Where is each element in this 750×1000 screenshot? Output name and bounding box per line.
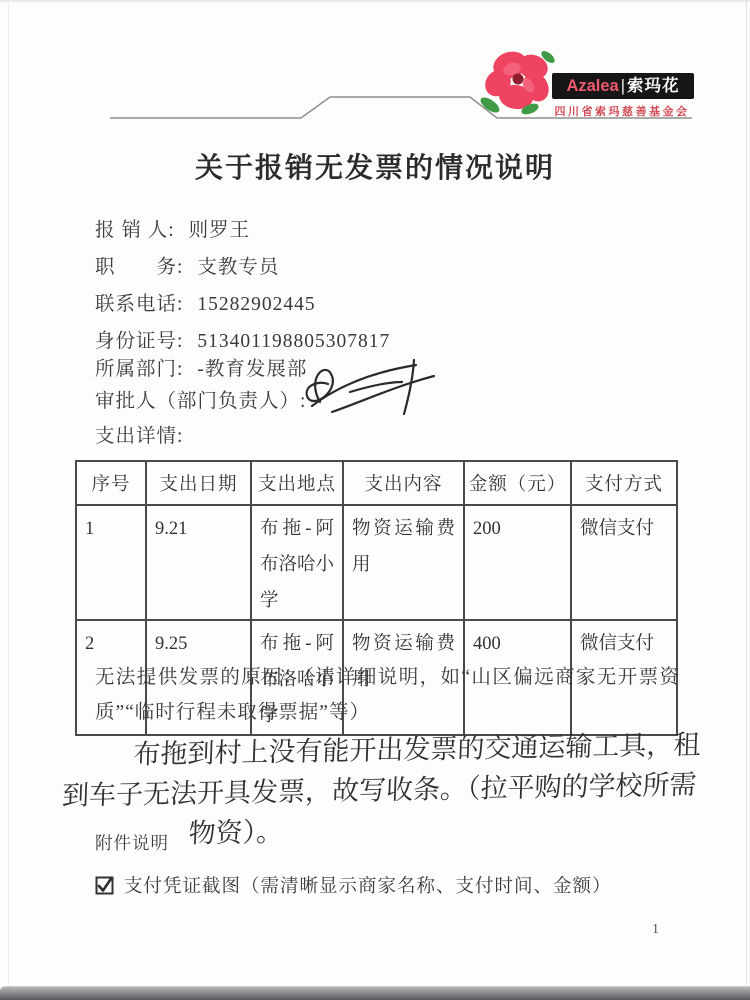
field-position: 职 务:支教专员 [95,251,279,279]
logo-badge: Azalea|索玛花 [552,73,694,99]
azalea-flower-icon [470,45,570,123]
attachment-item-label: 支付凭证截图（需清晰显示商家名称、支付时间、金额） [124,872,612,898]
table-cell: 1 [76,505,146,620]
scan-bottom-edge [0,986,750,1000]
foundation-logo: Azalea|索玛花 四川省索玛慈善基金会 [470,45,698,123]
table-header-cell: 支出地点 [251,461,343,505]
table-header-row: 序号 支出日期 支出地点 支出内容 金额（元） 支付方式 [76,461,677,505]
table-cell: 200 [464,505,571,620]
table-header-cell: 金额（元） [464,461,571,505]
reason-prompt: 无法提供发票的原因：（请详细说明，如“山区偏远商家无开票资质”“临时行程未取得票… [95,660,680,730]
brand-name-cn: 索玛花 [627,73,680,99]
table-header-cell: 支付方式 [571,461,677,505]
field-phone: 联系电话:15282902445 [95,288,316,316]
page-number: 1 [652,922,659,938]
brand-divider: | [621,73,625,99]
table-cell: 物资运输费用 [343,505,464,620]
table-header-cell: 支出日期 [146,461,251,505]
table-header-cell: 支出内容 [343,461,464,505]
checked-checkbox-icon [95,876,114,895]
field-expense-details: 支出详情: [95,420,197,448]
brand-name-en: Azalea [566,73,618,99]
field-reimburser: 报 销 人:则罗王 [95,214,250,242]
document-title: 关于报销无发票的情况说明 [0,146,750,186]
approver-signature [298,356,443,418]
field-id-number: 身份证号:513401198805307817 [95,325,390,353]
handwritten-note: 布拖到村上没有能开出发票的交通运输工具，租 到车子无法开具发票，故写收条。（拉平… [60,725,724,857]
table-cell: 布拖-阿布洛哈小学 [251,505,343,620]
attachment-checkbox-row: 支付凭证截图（需清晰显示商家名称、支付时间、金额） [95,872,612,898]
table-cell: 微信支付 [571,505,677,620]
field-approver: 审批人（部门负责人）: [95,385,320,413]
table-row: 1 9.21 布拖-阿布洛哈小学 物资运输费用 200 微信支付 [76,505,677,620]
table-cell: 9.21 [146,505,251,620]
field-department: 所属部门:-教育发展部 [95,353,307,381]
table-header-cell: 序号 [76,461,146,505]
